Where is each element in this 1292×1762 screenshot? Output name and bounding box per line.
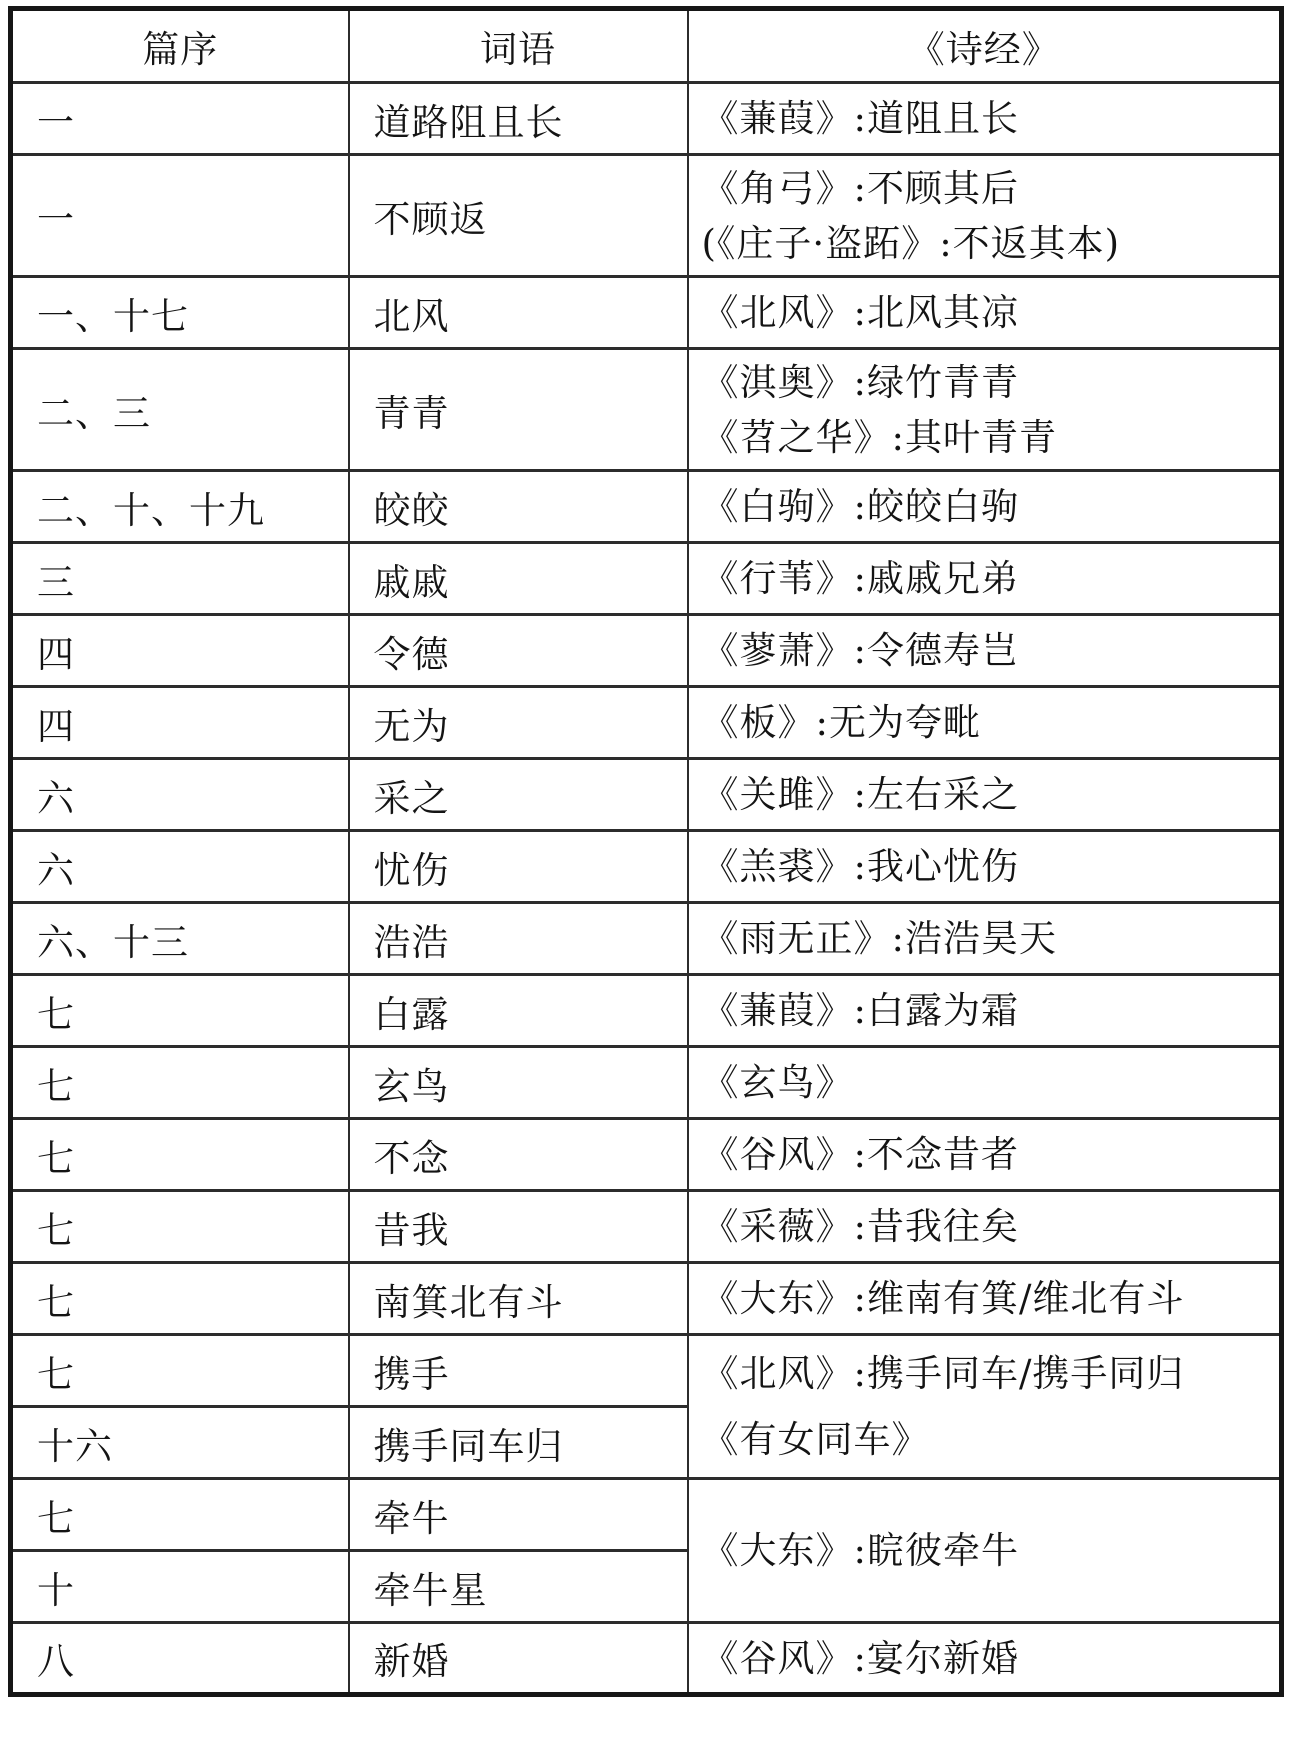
col-header-ciyu: 词语 xyxy=(349,9,688,83)
shijing-ref-line: 《蒹葭》:白露为霜 xyxy=(702,983,1280,1038)
ciyu-cell: 新婚 xyxy=(349,1623,688,1695)
shijing-cell-merged: 《北风》:携手同车/携手同归 《有女同车》 xyxy=(688,1335,1282,1479)
ciyu-cell: 青青 xyxy=(349,349,688,471)
ciyu-cell: 牵牛 xyxy=(349,1479,688,1551)
ciyu-cell: 携手同车归 xyxy=(349,1407,688,1479)
table-row: 二、三 青青 《淇奥》:绿竹青青 《苕之华》:其叶青青 xyxy=(11,349,1282,471)
ciyu-cell: 不顾返 xyxy=(349,155,688,277)
pianxu-cell: 七 xyxy=(11,1263,349,1335)
table-row: 七 玄鸟 《玄鸟》 xyxy=(11,1047,1282,1119)
table-row: 二、十、十九 皎皎 《白驹》:皎皎白驹 xyxy=(11,471,1282,543)
shijing-cell: 《蒹葭》:道阻且长 xyxy=(688,83,1282,155)
shijing-ref-line: 《白驹》:皎皎白驹 xyxy=(702,479,1280,534)
ciyu-cell: 皎皎 xyxy=(349,471,688,543)
shijing-cell: 《蒹葭》:白露为霜 xyxy=(688,975,1282,1047)
shijing-ref-line: 《采薇》:昔我往矣 xyxy=(702,1199,1280,1254)
shijing-cell: 《行苇》:戚戚兄弟 xyxy=(688,543,1282,615)
table-row: 六 采之 《关雎》:左右采之 xyxy=(11,759,1282,831)
shijing-ref-line: 《羔裘》:我心忧伤 xyxy=(702,839,1280,894)
shijing-ref-line: 《苕之华》:其叶青青 xyxy=(702,410,1280,465)
pianxu-cell: 十 xyxy=(11,1551,349,1623)
shijing-cell: 《白驹》:皎皎白驹 xyxy=(688,471,1282,543)
shijing-cell: 《角弓》:不顾其后 (《庄子·盗跖》:不返其本) xyxy=(688,155,1282,277)
ciyu-cell: 南箕北有斗 xyxy=(349,1263,688,1335)
shijing-cell: 《大东》:维南有箕/维北有斗 xyxy=(688,1263,1282,1335)
shijing-ref-line: 《北风》:北风其凉 xyxy=(702,285,1280,340)
ciyu-cell: 无为 xyxy=(349,687,688,759)
table-row: 六 忧伤 《羔裘》:我心忧伤 xyxy=(11,831,1282,903)
ciyu-cell: 不念 xyxy=(349,1119,688,1191)
pianxu-cell: 七 xyxy=(11,1119,349,1191)
pianxu-cell: 一 xyxy=(11,155,349,277)
shijing-ref-line: 《蒹葭》:道阻且长 xyxy=(702,91,1280,146)
table-row: 三 戚戚 《行苇》:戚戚兄弟 xyxy=(11,543,1282,615)
pianxu-cell: 一 xyxy=(11,83,349,155)
col-header-shijing: 《诗经》 xyxy=(688,9,1282,83)
table-row: 七 携手 《北风》:携手同车/携手同归 《有女同车》 xyxy=(11,1335,1282,1407)
pianxu-cell: 一、十七 xyxy=(11,277,349,349)
shijing-ref-line: 《角弓》:不顾其后 xyxy=(702,161,1280,216)
ciyu-cell: 白露 xyxy=(349,975,688,1047)
ciyu-cell: 牵牛星 xyxy=(349,1551,688,1623)
table-row: 一、十七 北风 《北风》:北风其凉 xyxy=(11,277,1282,349)
shijing-cell: 《板》:无为夸毗 xyxy=(688,687,1282,759)
shijing-cell: 《谷风》:不念昔者 xyxy=(688,1119,1282,1191)
shijing-cell: 《淇奥》:绿竹青青 《苕之华》:其叶青青 xyxy=(688,349,1282,471)
pianxu-cell: 七 xyxy=(11,1335,349,1407)
ciyu-cell: 北风 xyxy=(349,277,688,349)
table-row: 七 白露 《蒹葭》:白露为霜 xyxy=(11,975,1282,1047)
shijing-ref-line: 《淇奥》:绿竹青青 xyxy=(702,355,1280,410)
shijing-ref-line: 《大东》:睆彼牵牛 xyxy=(702,1518,1280,1584)
pianxu-cell: 三 xyxy=(11,543,349,615)
table-row: 四 无为 《板》:无为夸毗 xyxy=(11,687,1282,759)
shijing-cell: 《雨无正》:浩浩昊天 xyxy=(688,903,1282,975)
shijing-cell: 《玄鸟》 xyxy=(688,1047,1282,1119)
shijing-cell: 《蓼萧》:令德寿岂 xyxy=(688,615,1282,687)
shijing-ref-line: 《板》:无为夸毗 xyxy=(702,695,1280,750)
shijing-ref-line: 《玄鸟》 xyxy=(702,1055,1280,1110)
pianxu-cell: 十六 xyxy=(11,1407,349,1479)
table-row: 一 道路阻且长 《蒹葭》:道阻且长 xyxy=(11,83,1282,155)
ciyu-cell: 昔我 xyxy=(349,1191,688,1263)
pianxu-cell: 七 xyxy=(11,975,349,1047)
table-row: 七 昔我 《采薇》:昔我往矣 xyxy=(11,1191,1282,1263)
shijing-ref-line: (《庄子·盗跖》:不返其本) xyxy=(702,216,1280,271)
shijing-ref-line: 《关雎》:左右采之 xyxy=(702,767,1280,822)
shijing-cell: 《谷风》:宴尔新婚 xyxy=(688,1623,1282,1695)
shijing-cell-merged: 《大东》:睆彼牵牛 xyxy=(688,1479,1282,1623)
pianxu-cell: 七 xyxy=(11,1047,349,1119)
shijing-ref-line: 《谷风》:不念昔者 xyxy=(702,1127,1280,1182)
ciyu-cell: 携手 xyxy=(349,1335,688,1407)
shijing-ref-line: 《有女同车》 xyxy=(702,1407,1280,1473)
ciyu-cell: 采之 xyxy=(349,759,688,831)
pianxu-cell: 六 xyxy=(11,831,349,903)
ciyu-cell: 戚戚 xyxy=(349,543,688,615)
table-row: 六、十三 浩浩 《雨无正》:浩浩昊天 xyxy=(11,903,1282,975)
shijing-cell: 《关雎》:左右采之 xyxy=(688,759,1282,831)
table-row: 一 不顾返 《角弓》:不顾其后 (《庄子·盗跖》:不返其本) xyxy=(11,155,1282,277)
table-row: 四 令德 《蓼萧》:令德寿岂 xyxy=(11,615,1282,687)
table-row: 七 不念 《谷风》:不念昔者 xyxy=(11,1119,1282,1191)
pianxu-cell: 六、十三 xyxy=(11,903,349,975)
pianxu-cell: 四 xyxy=(11,687,349,759)
table-row: 七 南箕北有斗 《大东》:维南有箕/维北有斗 xyxy=(11,1263,1282,1335)
shijing-ref-line: 《北风》:携手同车/携手同归 xyxy=(702,1341,1280,1407)
shijing-cell: 《羔裘》:我心忧伤 xyxy=(688,831,1282,903)
shijing-cell: 《北风》:北风其凉 xyxy=(688,277,1282,349)
shijing-ref-line: 《蓼萧》:令德寿岂 xyxy=(702,623,1280,678)
ciyu-cell: 浩浩 xyxy=(349,903,688,975)
pianxu-cell: 八 xyxy=(11,1623,349,1695)
table-row: 七 牵牛 《大东》:睆彼牵牛 xyxy=(11,1479,1282,1551)
pianxu-cell: 二、十、十九 xyxy=(11,471,349,543)
pianxu-cell: 六 xyxy=(11,759,349,831)
col-header-pianxu: 篇序 xyxy=(11,9,349,83)
pianxu-cell: 七 xyxy=(11,1479,349,1551)
shijing-ref-line: 《行苇》:戚戚兄弟 xyxy=(702,551,1280,606)
shijing-ref-line: 《谷风》:宴尔新婚 xyxy=(702,1631,1280,1686)
ciyu-cell: 道路阻且长 xyxy=(349,83,688,155)
shijing-reference-table: 篇序 词语 《诗经》 一 道路阻且长 《蒹葭》:道阻且长 一 不顾返 《角弓》:… xyxy=(8,6,1284,1697)
shijing-ref-line: 《大东》:维南有箕/维北有斗 xyxy=(702,1271,1280,1326)
shijing-ref-line: 《雨无正》:浩浩昊天 xyxy=(702,911,1280,966)
ciyu-cell: 令德 xyxy=(349,615,688,687)
pianxu-cell: 七 xyxy=(11,1191,349,1263)
ciyu-cell: 忧伤 xyxy=(349,831,688,903)
table-row: 八 新婚 《谷风》:宴尔新婚 xyxy=(11,1623,1282,1695)
pianxu-cell: 四 xyxy=(11,615,349,687)
ciyu-cell: 玄鸟 xyxy=(349,1047,688,1119)
pianxu-cell: 二、三 xyxy=(11,349,349,471)
table-header-row: 篇序 词语 《诗经》 xyxy=(11,9,1282,83)
document-page: 篇序 词语 《诗经》 一 道路阻且长 《蒹葭》:道阻且长 一 不顾返 《角弓》:… xyxy=(0,0,1292,1762)
shijing-cell: 《采薇》:昔我往矣 xyxy=(688,1191,1282,1263)
